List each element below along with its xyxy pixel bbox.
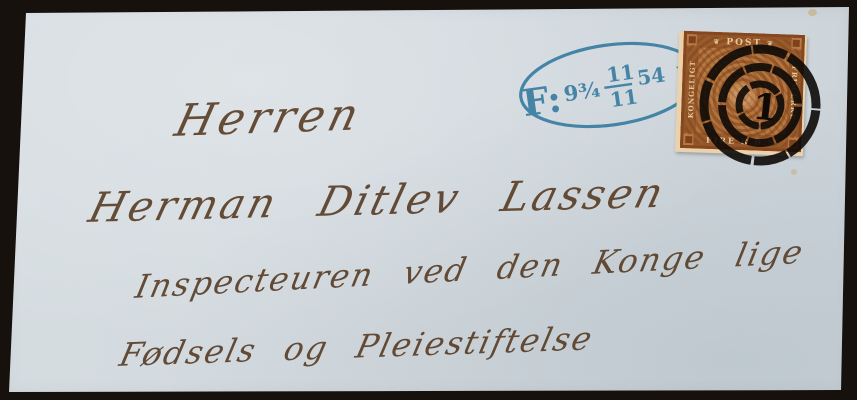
address-institution-line: Fødsels og Pleiestiftelse <box>116 319 597 374</box>
postmark-office-letter: F: <box>520 76 564 125</box>
address-recipient-name: Herman Ditlev Lassen <box>84 169 671 232</box>
address-salutation: Herren <box>170 89 368 147</box>
stamp-left-label: KONGELIGT <box>686 61 697 119</box>
letter-sheet: F: 9¾ 11 11 54 P Herren Herman Ditlev La… <box>0 0 857 400</box>
postmark-year: 54 <box>636 62 667 90</box>
cancellation-numeral: 1 <box>751 85 780 129</box>
postmark-date-denominator: 11 <box>608 84 639 112</box>
paper-stain-spot <box>808 9 817 16</box>
paper-stain-spot <box>791 169 797 175</box>
address-title-line: Inspecteuren ved den Konge lige <box>132 233 808 306</box>
numeral-cancellation: 1 <box>698 43 822 167</box>
postmark-time: 9¾ <box>562 77 602 107</box>
